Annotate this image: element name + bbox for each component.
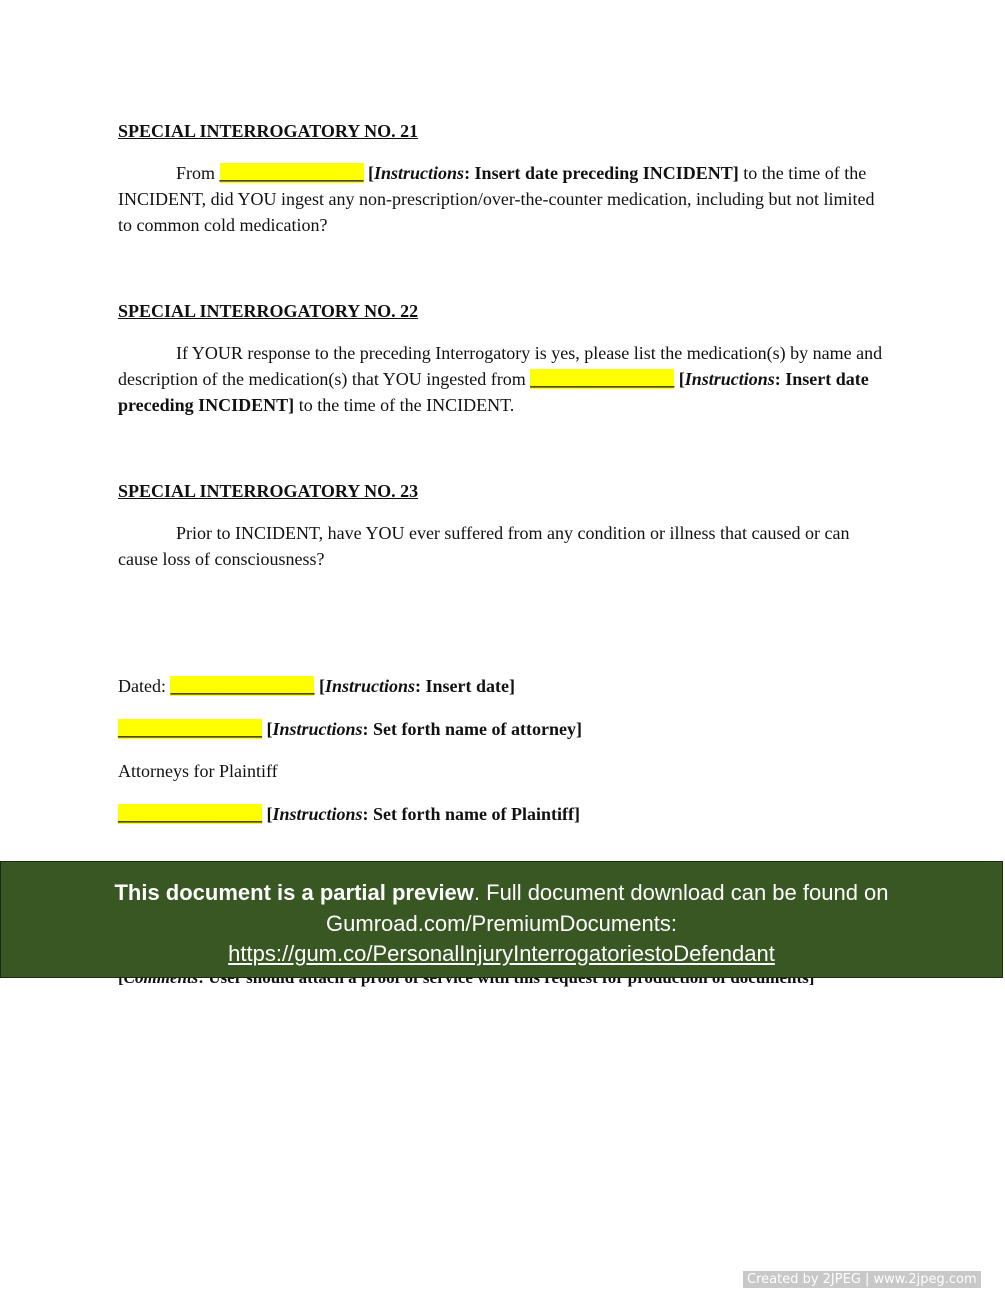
interrogatory-23: SPECIAL INTERROGATORY NO. 23 Prior to IN…: [118, 478, 888, 572]
plaintiff-blank[interactable]: ________________: [118, 804, 262, 824]
heading: SPECIAL INTERROGATORY NO. 21: [118, 118, 888, 144]
dated-line: Dated: ________________ [Instructions: I…: [118, 673, 888, 699]
question: From ________________ [Instructions: Ins…: [118, 160, 888, 238]
document-page: SPECIAL INTERROGATORY NO. 21 From ______…: [0, 0, 1005, 1301]
heading: SPECIAL INTERROGATORY NO. 23: [118, 478, 888, 504]
attorney-blank[interactable]: ________________: [118, 719, 262, 739]
question: Prior to INCIDENT, have YOU ever suffere…: [118, 520, 888, 572]
question: If YOUR response to the preceding Interr…: [118, 340, 888, 418]
preview-banner: This document is a partial preview. Full…: [0, 861, 1003, 978]
plaintiff-line: ________________ [Instructions: Set fort…: [118, 801, 888, 827]
attorney-line: ________________ [Instructions: Set fort…: [118, 716, 888, 742]
heading: SPECIAL INTERROGATORY NO. 22: [118, 298, 888, 324]
date-blank[interactable]: ________________: [170, 676, 314, 696]
attorneys-for: Attorneys for Plaintiff: [118, 758, 888, 784]
date-blank[interactable]: ________________: [530, 369, 674, 389]
watermark: Created by 2JPEG | www.2jpeg.com: [743, 1271, 981, 1288]
gumroad-link[interactable]: https://gum.co/PersonalInjuryInterrogato…: [228, 941, 775, 966]
interrogatory-22: SPECIAL INTERROGATORY NO. 22 If YOUR res…: [118, 298, 888, 418]
interrogatory-21: SPECIAL INTERROGATORY NO. 21 From ______…: [118, 118, 888, 238]
date-blank[interactable]: ________________: [220, 163, 364, 183]
